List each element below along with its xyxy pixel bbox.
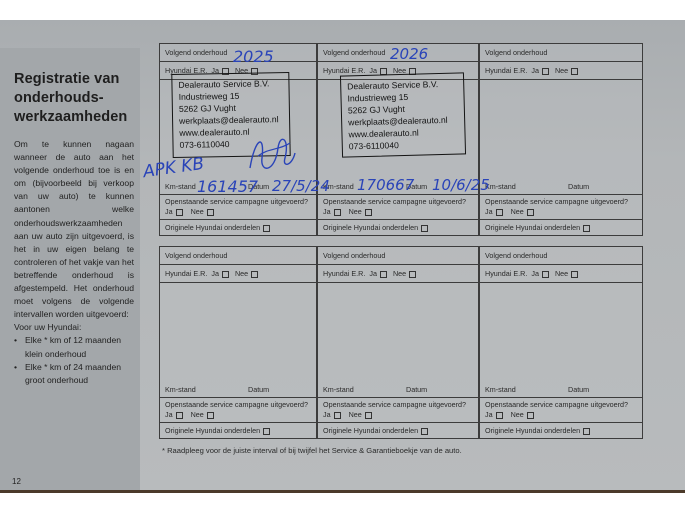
checkbox[interactable] [571,271,578,278]
no-label: Nee [555,269,568,278]
date-label: Datum [568,182,589,191]
checkbox[interactable] [380,271,387,278]
next-service-row: Volgend onderhoud [160,247,316,265]
checkbox[interactable] [207,209,214,216]
yes-label: Ja [323,207,331,216]
no-label: Nee [191,410,204,419]
parts-row: Originele Hyundai onderdelen [160,423,316,440]
no-label: Nee [555,66,568,75]
checkbox[interactable] [263,225,270,232]
intro-paragraph: Om te kunnen nagaan wanneer de auto aan … [14,138,134,321]
parts-row: Originele Hyundai onderdelen [480,220,642,237]
checkbox[interactable] [334,412,341,419]
yes-label: Ja [531,269,539,278]
checkbox[interactable] [527,209,534,216]
yes-label: Ja [165,207,173,216]
parts-row: Originele Hyundai onderdelen [318,220,478,237]
hyundai-er-label: Hyundai E.R. [323,269,365,278]
parts-label: Originele Hyundai onderdelen [165,426,260,435]
checkbox[interactable] [263,428,270,435]
checkbox[interactable] [421,225,428,232]
next-service-label: Volgend onderhoud [485,48,547,57]
next-service-row: Volgend onderhoud [318,247,478,265]
campaign-label: Openstaande service campagne uitgevoerd? [165,400,308,409]
signature-scribble [240,128,300,178]
hyundai-er-row: Hyundai E.R. Ja Nee [480,265,642,283]
date-label: Datum [248,385,269,394]
no-label: Nee [349,410,362,419]
checkbox[interactable] [496,412,503,419]
parts-row: Originele Hyundai onderdelen [160,220,316,237]
checkbox[interactable] [527,412,534,419]
checkbox[interactable] [542,68,549,75]
footnote: * Raadpleeg voor de juiste interval of b… [162,446,462,455]
checkbox[interactable] [409,271,416,278]
yes-label: Ja [165,410,173,419]
intro-subheading: Voor uw Hyundai: [14,321,134,334]
date-label: Datum [568,385,589,394]
hyundai-er-row: Hyundai E.R. Ja Nee [318,265,478,283]
next-service-label: Volgend onderhoud [323,251,385,260]
service-entry-cell: Volgend onderhoudHyundai E.R. Ja NeeKm-s… [317,246,479,439]
interval-item: Elke * km of 24 maanden groot onderhoud [14,361,134,387]
checkbox[interactable] [365,209,372,216]
next-service-label: Volgend onderhoud [165,251,227,260]
page-title: Registratie van onderhouds-werkzaamheden [14,70,139,127]
parts-label: Originele Hyundai onderdelen [323,426,418,435]
yes-label: Ja [211,269,219,278]
handwritten-km: 161457 [197,177,258,196]
checkbox[interactable] [207,412,214,419]
next-service-label: Volgend onderhoud [323,48,385,57]
handwritten-year: 2026 [390,45,428,63]
yes-label: Ja [369,66,377,75]
checkbox[interactable] [334,209,341,216]
yes-label: Ja [485,207,493,216]
stamp-line: Dealerauto Service B.V. [178,77,282,91]
next-service-label: Volgend onderhoud [165,48,227,57]
km-label: Km-stand [165,385,196,394]
checkbox[interactable] [176,209,183,216]
km-label: Km-stand [165,182,196,191]
no-label: Nee [511,410,524,419]
km-date-row: Km-standDatum [480,169,642,195]
hyundai-er-row: Hyundai E.R. Ja Nee [480,62,642,80]
campaign-label: Openstaande service campagne uitgevoerd? [485,197,628,206]
campaign-label: Openstaande service campagne uitgevoerd? [323,197,466,206]
hyundai-er-label: Hyundai E.R. [165,269,207,278]
checkbox[interactable] [583,428,590,435]
handwritten-year: 2025 [233,47,274,66]
parts-label: Originele Hyundai onderdelen [165,223,260,232]
campaign-row: Openstaande service campagne uitgevoerd?… [160,398,316,423]
no-label: Nee [235,269,248,278]
no-label: Nee [511,207,524,216]
next-service-row: Volgend onderhoud [480,247,642,265]
stamp-line: 073-6110040 [349,138,459,153]
hyundai-er-label: Hyundai E.R. [323,66,365,75]
checkbox[interactable] [365,412,372,419]
km-date-row: Km-standDatum [160,372,316,398]
km-label: Km-stand [323,385,354,394]
next-service-label: Volgend onderhoud [485,251,547,260]
campaign-row: Openstaande service campagne uitgevoerd?… [480,195,642,220]
campaign-label: Openstaande service campagne uitgevoerd? [485,400,628,409]
checkbox[interactable] [222,271,229,278]
no-label: Nee [191,207,204,216]
yes-label: Ja [369,269,377,278]
page-number: 12 [12,477,21,486]
checkbox[interactable] [421,428,428,435]
date-label: Datum [406,385,427,394]
yes-label: Ja [485,410,493,419]
dealer-stamp: Dealerauto Service B.V. Industrieweg 15 … [340,72,466,157]
stamp-line: werkplaats@dealerauto.nl [179,113,283,127]
parts-label: Originele Hyundai onderdelen [485,426,580,435]
parts-label: Originele Hyundai onderdelen [323,223,418,232]
checkbox[interactable] [542,271,549,278]
yes-label: Ja [531,66,539,75]
handwritten-date: 10/6/25 [432,176,490,194]
campaign-row: Openstaande service campagne uitgevoerd?… [318,398,478,423]
handwritten-date: 27/5/24 [272,177,330,195]
km-date-row: Km-standDatum [480,372,642,398]
checkbox[interactable] [251,271,258,278]
interval-list: Elke * km of 12 maanden klein onderhoud … [14,334,134,386]
no-label: Nee [349,207,362,216]
campaign-row: Openstaande service campagne uitgevoerd?… [318,195,478,220]
hyundai-er-label: Hyundai E.R. [485,66,527,75]
km-date-row: Km-standDatum [318,372,478,398]
next-service-row: Volgend onderhoud [480,44,642,62]
parts-label: Originele Hyundai onderdelen [485,223,580,232]
checkbox[interactable] [496,209,503,216]
km-label: Km-stand [485,385,516,394]
service-entry-cell: Volgend onderhoudHyundai E.R. Ja NeeKm-s… [479,246,643,439]
parts-row: Originele Hyundai onderdelen [480,423,642,440]
parts-row: Originele Hyundai onderdelen [318,423,478,440]
campaign-label: Openstaande service campagne uitgevoerd? [323,400,466,409]
checkbox[interactable] [176,412,183,419]
no-label: Nee [393,269,406,278]
hyundai-er-row: Hyundai E.R. Ja Nee [160,265,316,283]
campaign-row: Openstaande service campagne uitgevoerd?… [160,195,316,220]
checkbox[interactable] [583,225,590,232]
service-entry-cell: Volgend onderhoudHyundai E.R. Ja NeeKm-s… [479,43,643,236]
hyundai-er-label: Hyundai E.R. [485,269,527,278]
intro-text: Om te kunnen nagaan wanneer de auto aan … [14,138,134,387]
interval-item: Elke * km of 12 maanden klein onderhoud [14,334,134,360]
campaign-row: Openstaande service campagne uitgevoerd?… [480,398,642,423]
page-edge [0,490,685,493]
checkbox[interactable] [571,68,578,75]
service-entry-cell: Volgend onderhoudHyundai E.R. Ja NeeKm-s… [159,246,317,439]
yes-label: Ja [323,410,331,419]
campaign-label: Openstaande service campagne uitgevoerd? [165,197,308,206]
handwritten-km: 170667 [357,176,414,194]
